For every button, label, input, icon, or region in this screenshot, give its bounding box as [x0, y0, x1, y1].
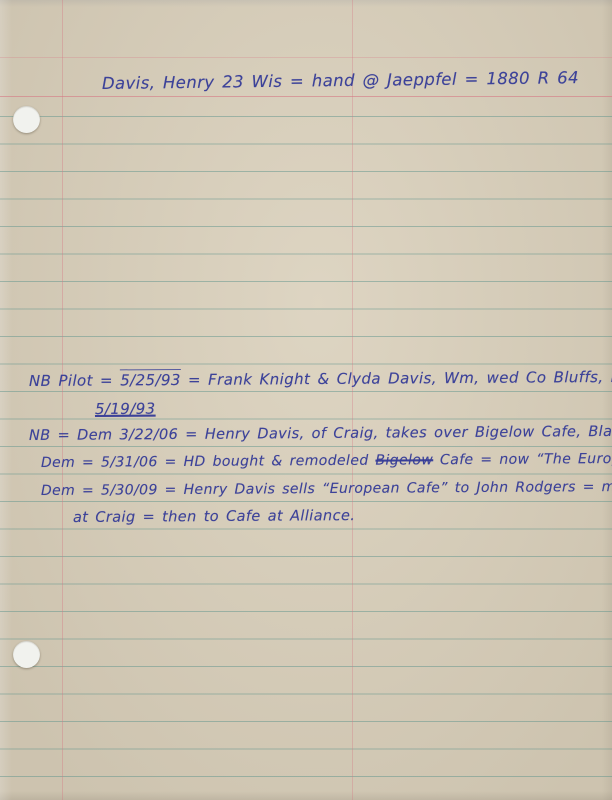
note-line-1-rest: = Frank Knight & Clyda Davis, Wm, wed Co…: [181, 368, 612, 389]
struck-word: Bigelow: [375, 452, 433, 468]
note-line-1-prefix: NB Pilot =: [29, 371, 120, 390]
note-line-4: Dem = 5/31/06 = HD bought & remodeled Bi…: [41, 450, 612, 471]
header-rule-line-faint: [0, 57, 612, 58]
margin-line-vertical-center: [352, 0, 353, 800]
note-line-3: NB = Dem 3/22/06 = Henry Davis, of Craig…: [29, 424, 612, 444]
note-line-5: Dem = 5/30/09 = Henry Davis sells “Europ…: [41, 479, 612, 499]
note-line-6: at Craig = then to Cafe at Alliance.: [73, 508, 355, 526]
note-line-1: NB Pilot = 5/25/93 = Frank Knight & Clyd…: [29, 368, 612, 390]
punch-hole-bottom: [13, 641, 40, 668]
note-line-4-rest: Cafe = now “The European Cafe” /: [433, 450, 612, 468]
overlined-date: 5/25/93: [120, 369, 181, 389]
note-line-4-prefix: Dem = 5/31/06 = HD bought & remodeled: [41, 453, 376, 471]
header-rule-line: [0, 96, 612, 97]
underlined-date: 5/19/93: [95, 400, 156, 418]
punch-hole-top: [13, 106, 40, 133]
note-line-2: 5/19/93: [95, 400, 156, 418]
header-handwriting: Davis, Henry 23 Wis = hand @ Jaeppfel = …: [102, 68, 579, 93]
scanned-page: Davis, Henry 23 Wis = hand @ Jaeppfel = …: [0, 0, 612, 800]
margin-line-vertical-left: [62, 0, 63, 800]
